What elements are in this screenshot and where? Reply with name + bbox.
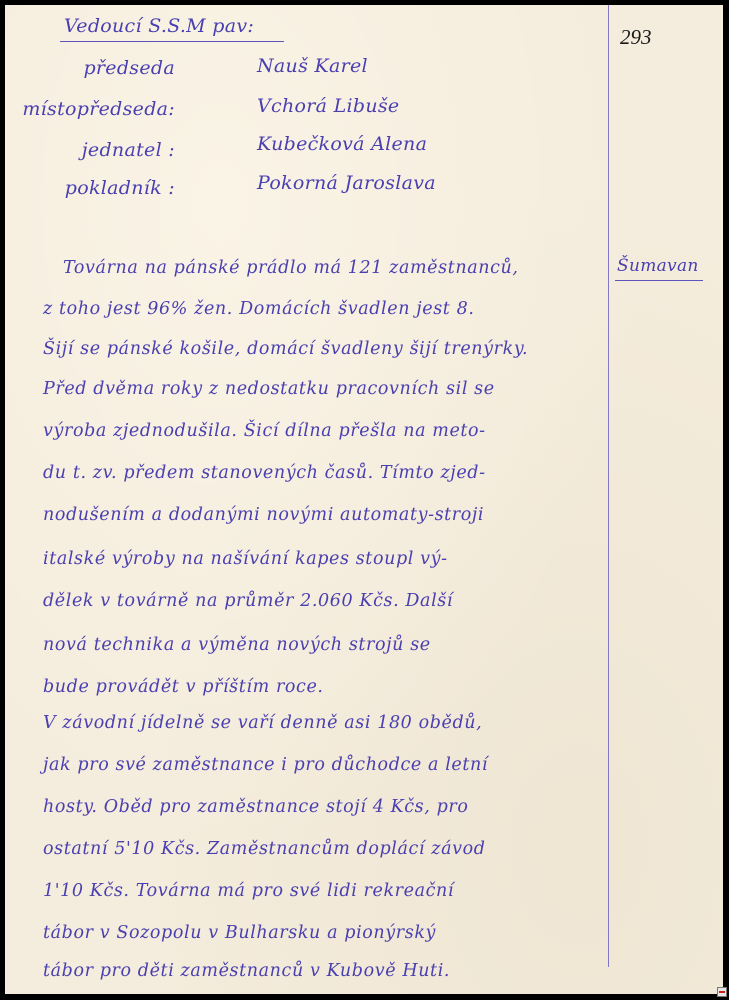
minimize-icon[interactable] — [717, 987, 727, 997]
body-line: dělek v továrně na průměr 2.060 Kčs. Dal… — [43, 591, 453, 611]
margin-rule — [608, 5, 609, 967]
body-line: 1'10 Kčs. Továrna má pro své lidi rekrea… — [43, 881, 454, 901]
scanned-page: 293 Vedoucí S.S.M pav: předseda Nauš Kar… — [5, 5, 723, 994]
body-line: z toho jest 96% žen. Domácích švadlen je… — [43, 299, 474, 319]
margin-note: Šumavan — [615, 256, 703, 281]
body-line: ostatní 5'10 Kčs. Zaměstnancům doplácí z… — [43, 839, 486, 859]
body-line: tábor pro děti zaměstnanců v Kubově Huti… — [43, 961, 450, 981]
body-line: tábor v Sozopolu v Bulharsku a pionýrský — [43, 923, 436, 943]
body-line: Továrna na pánské prádlo má 121 zaměstna… — [63, 258, 519, 278]
officer-role-secretary: jednatel : — [15, 139, 175, 161]
body-line: jak pro své zaměstnance i pro důchodce a… — [43, 755, 488, 775]
body-line: nová technika a výměna nových strojů se — [43, 635, 431, 655]
officer-role-treasurer: pokladník : — [15, 177, 175, 199]
section-heading: Vedoucí S.S.M pav: — [60, 15, 284, 42]
body-line: Šijí se pánské košile, domácí švadleny š… — [43, 339, 528, 359]
officer-name-treasurer: Pokorná Jaroslava — [257, 172, 436, 194]
officer-name-vice-chairman: Vchorá Libuše — [257, 95, 399, 117]
officer-role-chairman: předseda — [15, 57, 175, 79]
body-line: Před dvěma roky z nedostatku pracovních … — [43, 379, 495, 399]
officer-name-secretary: Kubečková Alena — [257, 133, 427, 155]
body-line: výroba zjednodušila. Šicí dílna přešla n… — [43, 421, 486, 441]
body-line: italské výroby na našívání kapes stoupl … — [43, 549, 448, 569]
body-line: du t. zv. předem stanovených časů. Tímto… — [43, 463, 486, 483]
body-line: V závodní jídelně se vaří denně asi 180 … — [43, 713, 482, 733]
page-number: 293 — [620, 25, 652, 50]
officer-name-chairman: Nauš Karel — [257, 55, 368, 77]
body-line: hosty. Oběd pro zaměstnance stojí 4 Kčs,… — [43, 797, 468, 817]
body-line: bude provádět v příštím roce. — [43, 677, 324, 697]
body-line: nodušením a dodanými novými automaty-str… — [43, 505, 484, 525]
officer-role-vice-chairman: místopředseda: — [15, 98, 175, 120]
